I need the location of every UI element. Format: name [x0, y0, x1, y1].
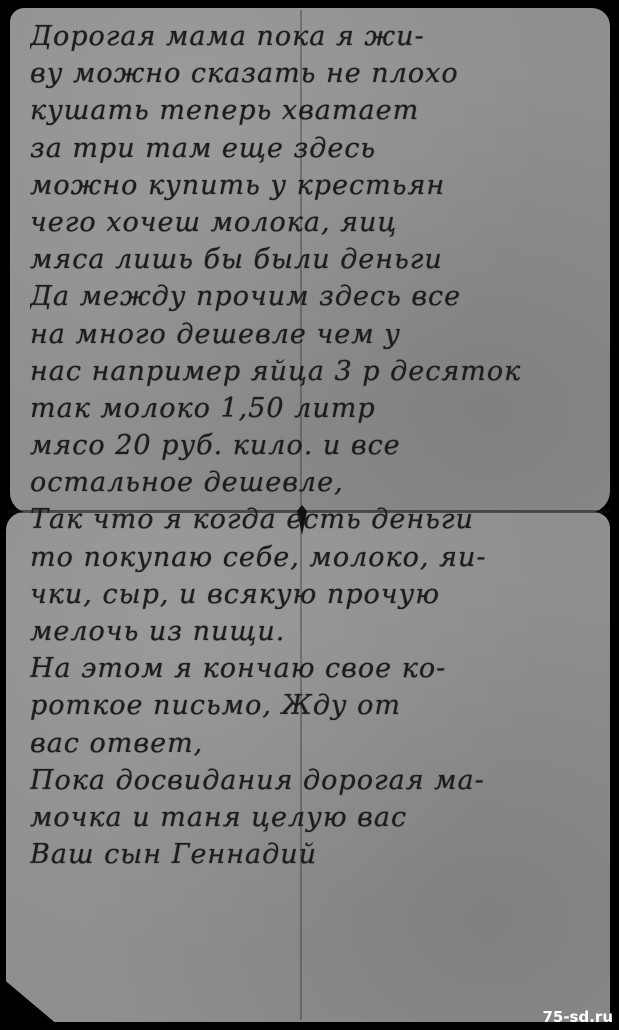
- letter-line: мяса лишь бы были деньги: [30, 241, 595, 278]
- letter-line: Пока досвидания дорогая ма-: [30, 762, 595, 799]
- letter-line: мясо 20 руб. кило. и все: [30, 427, 595, 464]
- letter-line: кушать теперь хватает: [30, 92, 595, 129]
- letter-line: можно купить у крестьян: [30, 167, 595, 204]
- letter-line: остальное дешевле,: [30, 464, 595, 501]
- letter-line: роткое письмо, Жду от: [30, 687, 595, 724]
- signature: Ваш сын Геннадий: [30, 836, 595, 873]
- letter-line: ву можно сказать не плохо: [30, 55, 595, 92]
- letter-text: Дорогая мама пока я жи- ву можно сказать…: [30, 18, 595, 873]
- letter-line: на много дешевле чем у: [30, 316, 595, 353]
- letter-line: за три там еще здесь: [30, 130, 595, 167]
- letter-line: вас ответ,: [30, 725, 595, 762]
- letter-line: На этом я кончаю свое ко-: [30, 650, 595, 687]
- letter-line: то покупаю себе, молоко, яи-: [30, 539, 595, 576]
- letter-line: Дорогая мама пока я жи-: [30, 18, 595, 55]
- letter-line: так молоко 1,50 литр: [30, 390, 595, 427]
- letter-line: нас например яйца 3 р десяток: [30, 353, 595, 390]
- site-watermark: 75-sd.ru: [542, 1008, 613, 1026]
- letter-line: Да между прочим здесь все: [30, 278, 595, 315]
- letter-line: Так что я когда есть деньги: [30, 501, 595, 538]
- letter-line: чего хочеш молока, яиц: [30, 204, 595, 241]
- letter-line: мочка и таня целую вас: [30, 799, 595, 836]
- letter-line: чки, сыр, и всякую прочую: [30, 576, 595, 613]
- letter-line: мелочь из пищи.: [30, 613, 595, 650]
